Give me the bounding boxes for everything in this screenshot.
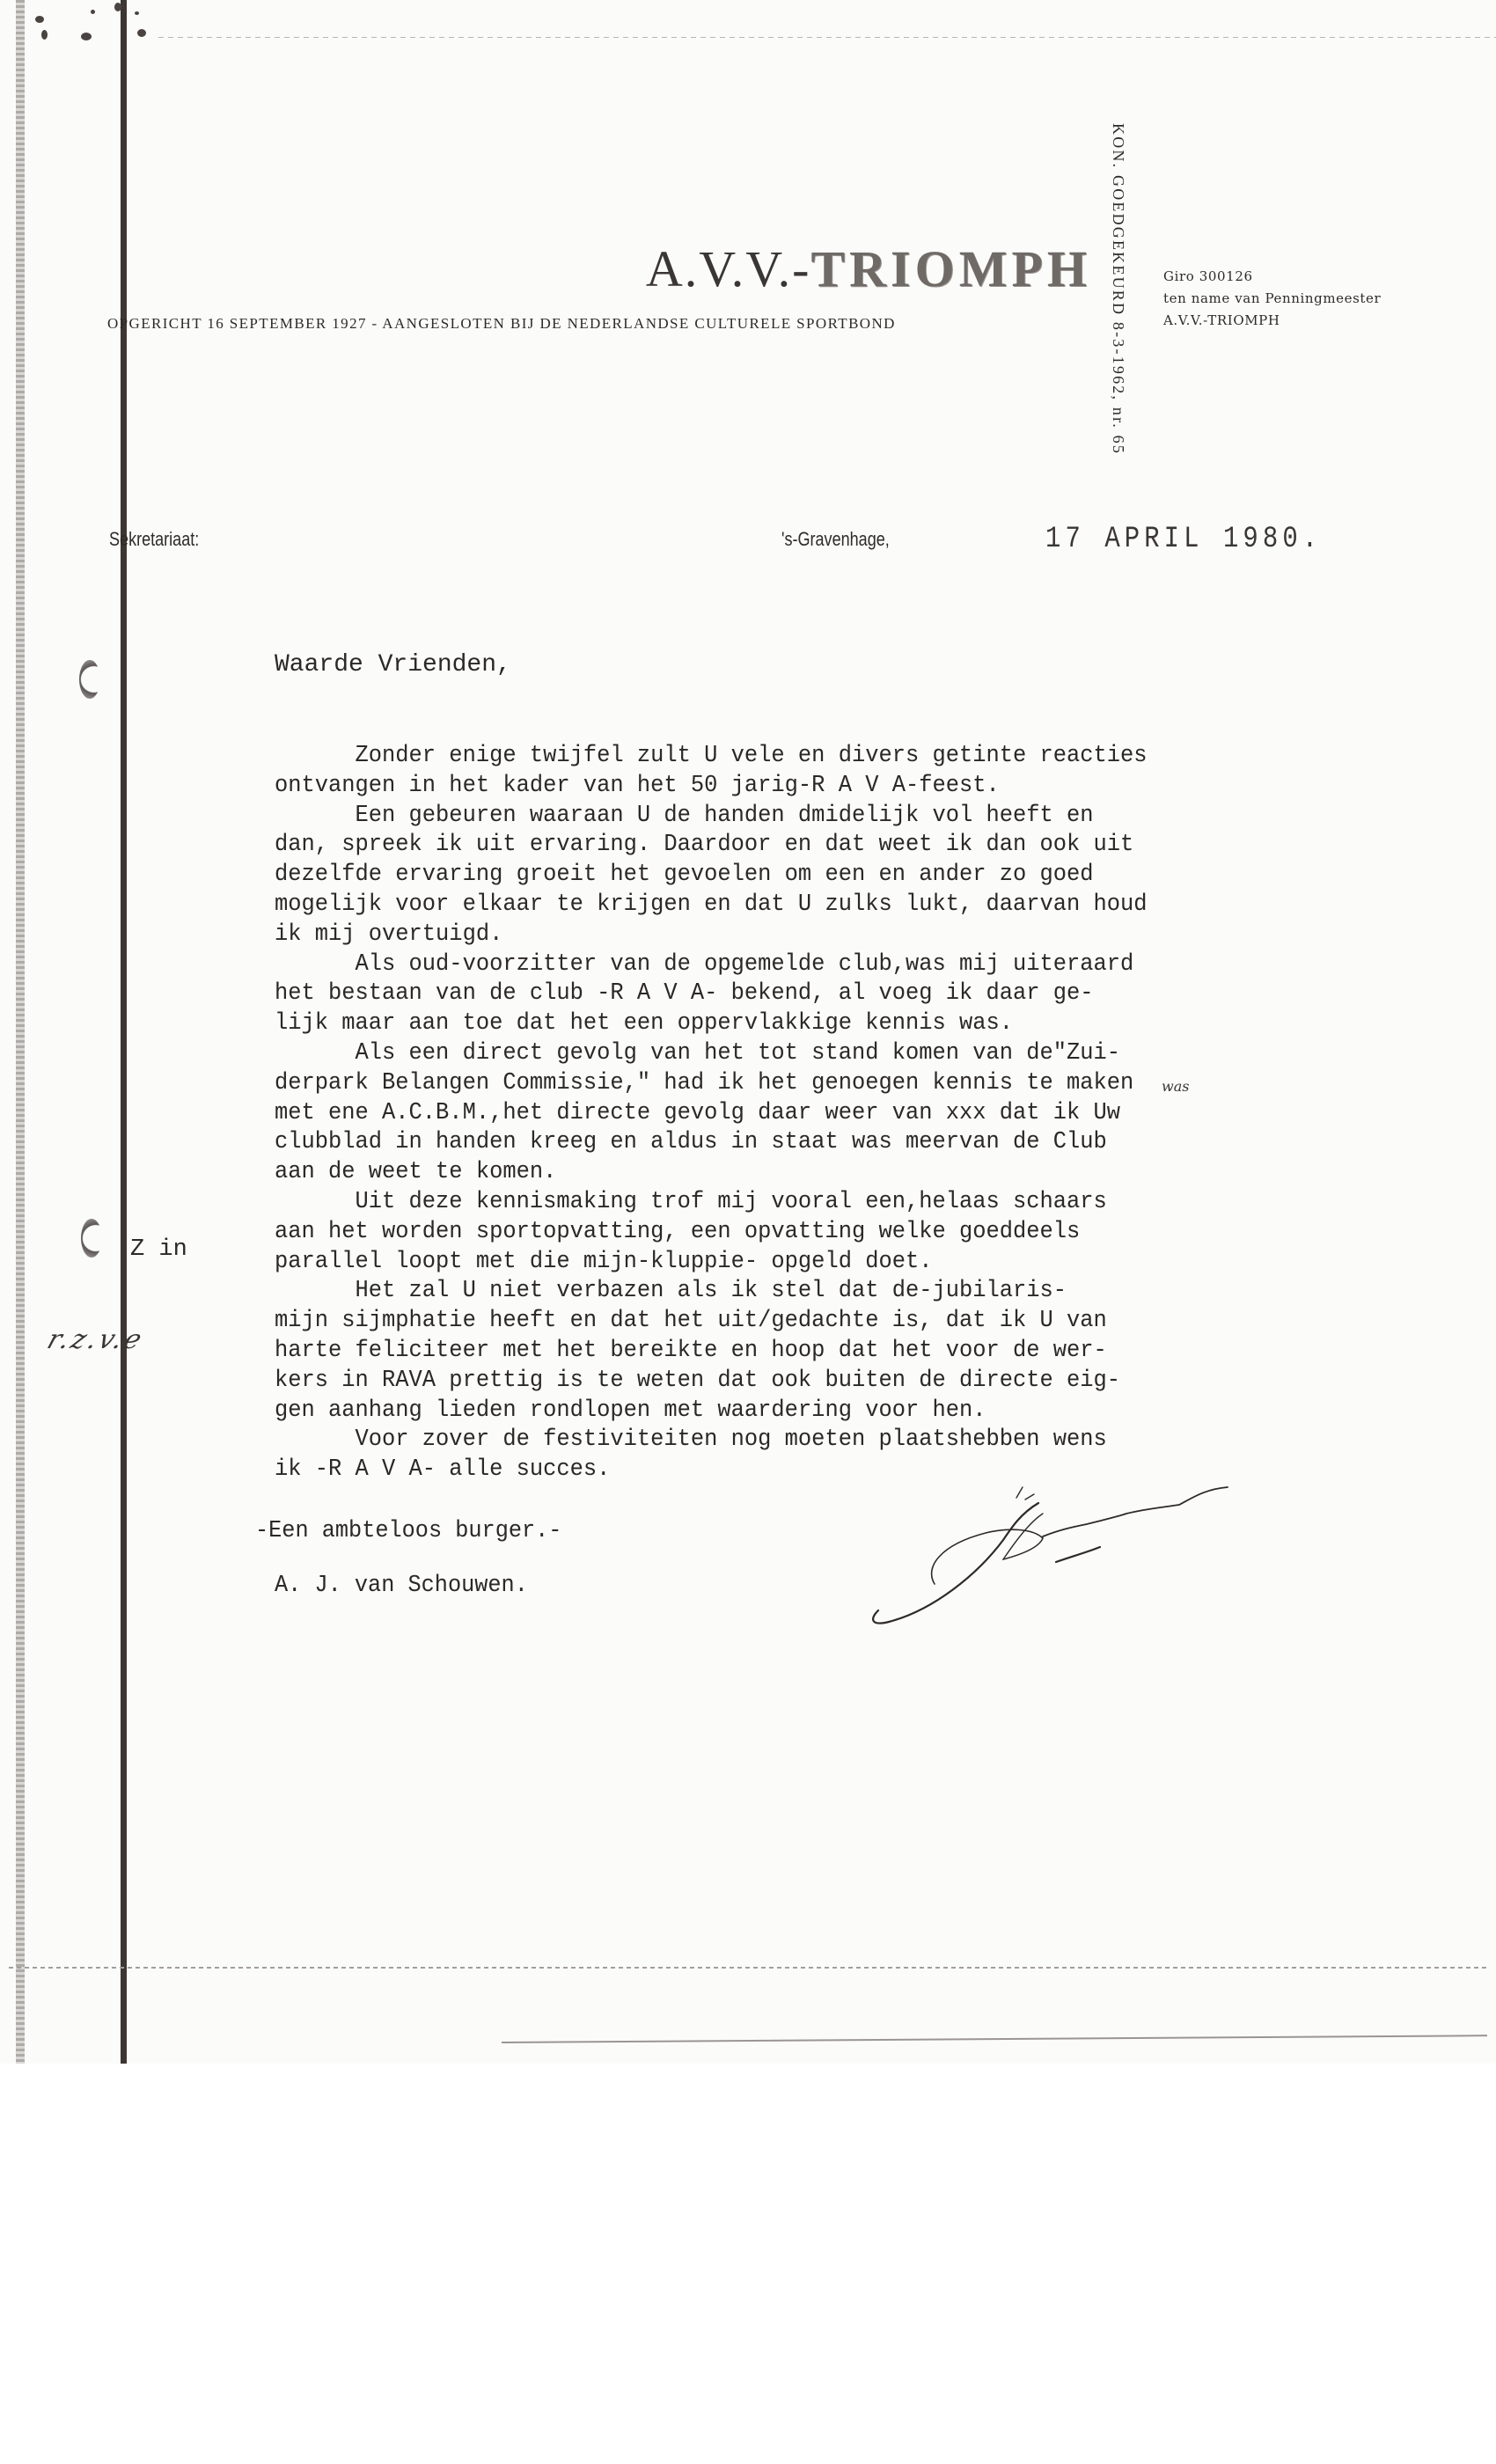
body-line: mogelijk voor elkaar te krijgen en dat U… (275, 890, 1148, 920)
place-label: 's-Gravenhage, (781, 528, 890, 551)
binding-bar (121, 0, 127, 2064)
body-line: lijk maar aan toe dat het een oppervlakk… (275, 1008, 1148, 1038)
body-line: aan het worden sportopvatting, een opvat… (275, 1217, 1148, 1247)
body-line: ik mij overtuigd. (275, 920, 1148, 950)
margin-handwritten-note: r.z.v.e (43, 1324, 148, 1355)
interlinear-correction: was (1162, 1078, 1189, 1095)
punch-hole-icon (81, 1219, 102, 1258)
scanned-page: A.V.V.-TRIOMPH OPGERICHT 16 SEPTEMBER 19… (0, 0, 1496, 2064)
body-line: gen aanhang lieden rondlopen met waarder… (275, 1396, 1148, 1426)
body-line: aan de weet te komen. (275, 1157, 1148, 1187)
body-line: dan, spreek ik uit ervaring. Daardoor en… (275, 830, 1148, 860)
top-rule (158, 37, 1496, 38)
body-line: ontvangen in het kader van het 50 jarig-… (275, 771, 1148, 801)
secretariat-label: Sekretariaat: (109, 528, 199, 551)
scan-speck (81, 33, 92, 40)
body-line: parallel loopt met die mijn-kluppie- opg… (275, 1247, 1148, 1277)
body-line: Het zal U niet verbazen als ik stel dat … (275, 1276, 1148, 1306)
salutation: Waarde Vrienden, (275, 651, 511, 678)
signer-name: A. J. van Schouwen. (275, 1573, 528, 1599)
bottom-rule (9, 1967, 1487, 1969)
body-line: dezelfde ervaring groeit het gevoelen om… (275, 860, 1148, 890)
giro-club: A.V.V.-TRIOMPH (1163, 310, 1381, 332)
scan-speck (135, 11, 139, 15)
letter-date: 17 APRIL 1980. (1045, 523, 1322, 556)
body-line: Als een direct gevolg van het tot stand … (275, 1038, 1148, 1068)
page-bottom-edge (502, 2035, 1487, 2043)
body-line: harte feliciteer met het bereikte en hoo… (275, 1336, 1148, 1366)
body-line: derpark Belangen Commissie," had ik het … (275, 1068, 1148, 1098)
scan-speck (35, 16, 44, 23)
punch-hole-icon (79, 660, 100, 699)
scan-speck (41, 30, 48, 40)
giro-name: ten name van Penningmeester (1163, 288, 1381, 310)
body-line: clubblad in handen kreeg en aldus in sta… (275, 1127, 1148, 1157)
giro-number: Giro 300126 (1163, 266, 1381, 288)
body-line: Uit deze kennismaking trof mij vooral ee… (275, 1187, 1148, 1217)
letter-body: Zonder enige twijfel zult U vele en dive… (275, 741, 1148, 1485)
giro-block: Giro 300126 ten name van Penningmeester … (1163, 266, 1381, 332)
royal-approval-text: KON. GOEDGEKEURD 8-3-1962, nr. 65 (1109, 123, 1127, 455)
letterhead-subtitle: OPGERICHT 16 SEPTEMBER 1927 - AANGESLOTE… (107, 315, 896, 333)
body-line: Als oud-voorzitter van de opgemelde club… (275, 950, 1148, 979)
scan-speck (91, 10, 95, 14)
body-line: Zonder enige twijfel zult U vele en dive… (275, 741, 1148, 771)
letterhead-title-main: TRIOMPH (810, 240, 1091, 297)
scan-speck (114, 3, 121, 11)
body-line: met ene A.C.B.M.,het directe gevolg daar… (275, 1098, 1148, 1128)
letterhead-title-prefix: A.V.V.- (646, 240, 811, 297)
body-line: mijn sijmphatie heeft en dat het uit/ged… (275, 1306, 1148, 1336)
body-line: Een gebeuren waaraan U de handen dmideli… (275, 801, 1148, 831)
scan-speck (137, 29, 146, 37)
letterhead-title: A.V.V.-TRIOMPH (493, 239, 1091, 298)
margin-typed-note: Z in (130, 1236, 187, 1263)
body-line: Voor zover de festiviteiten nog moeten p… (275, 1425, 1148, 1455)
body-line: kers in RAVA prettig is te weten dat ook… (275, 1366, 1148, 1396)
closing-line: -Een ambteloos burger.- (255, 1518, 561, 1544)
body-line: het bestaan van de club -R A V A- bekend… (275, 979, 1148, 1008)
scan-edge (16, 0, 25, 2064)
signature-icon (862, 1478, 1258, 1654)
